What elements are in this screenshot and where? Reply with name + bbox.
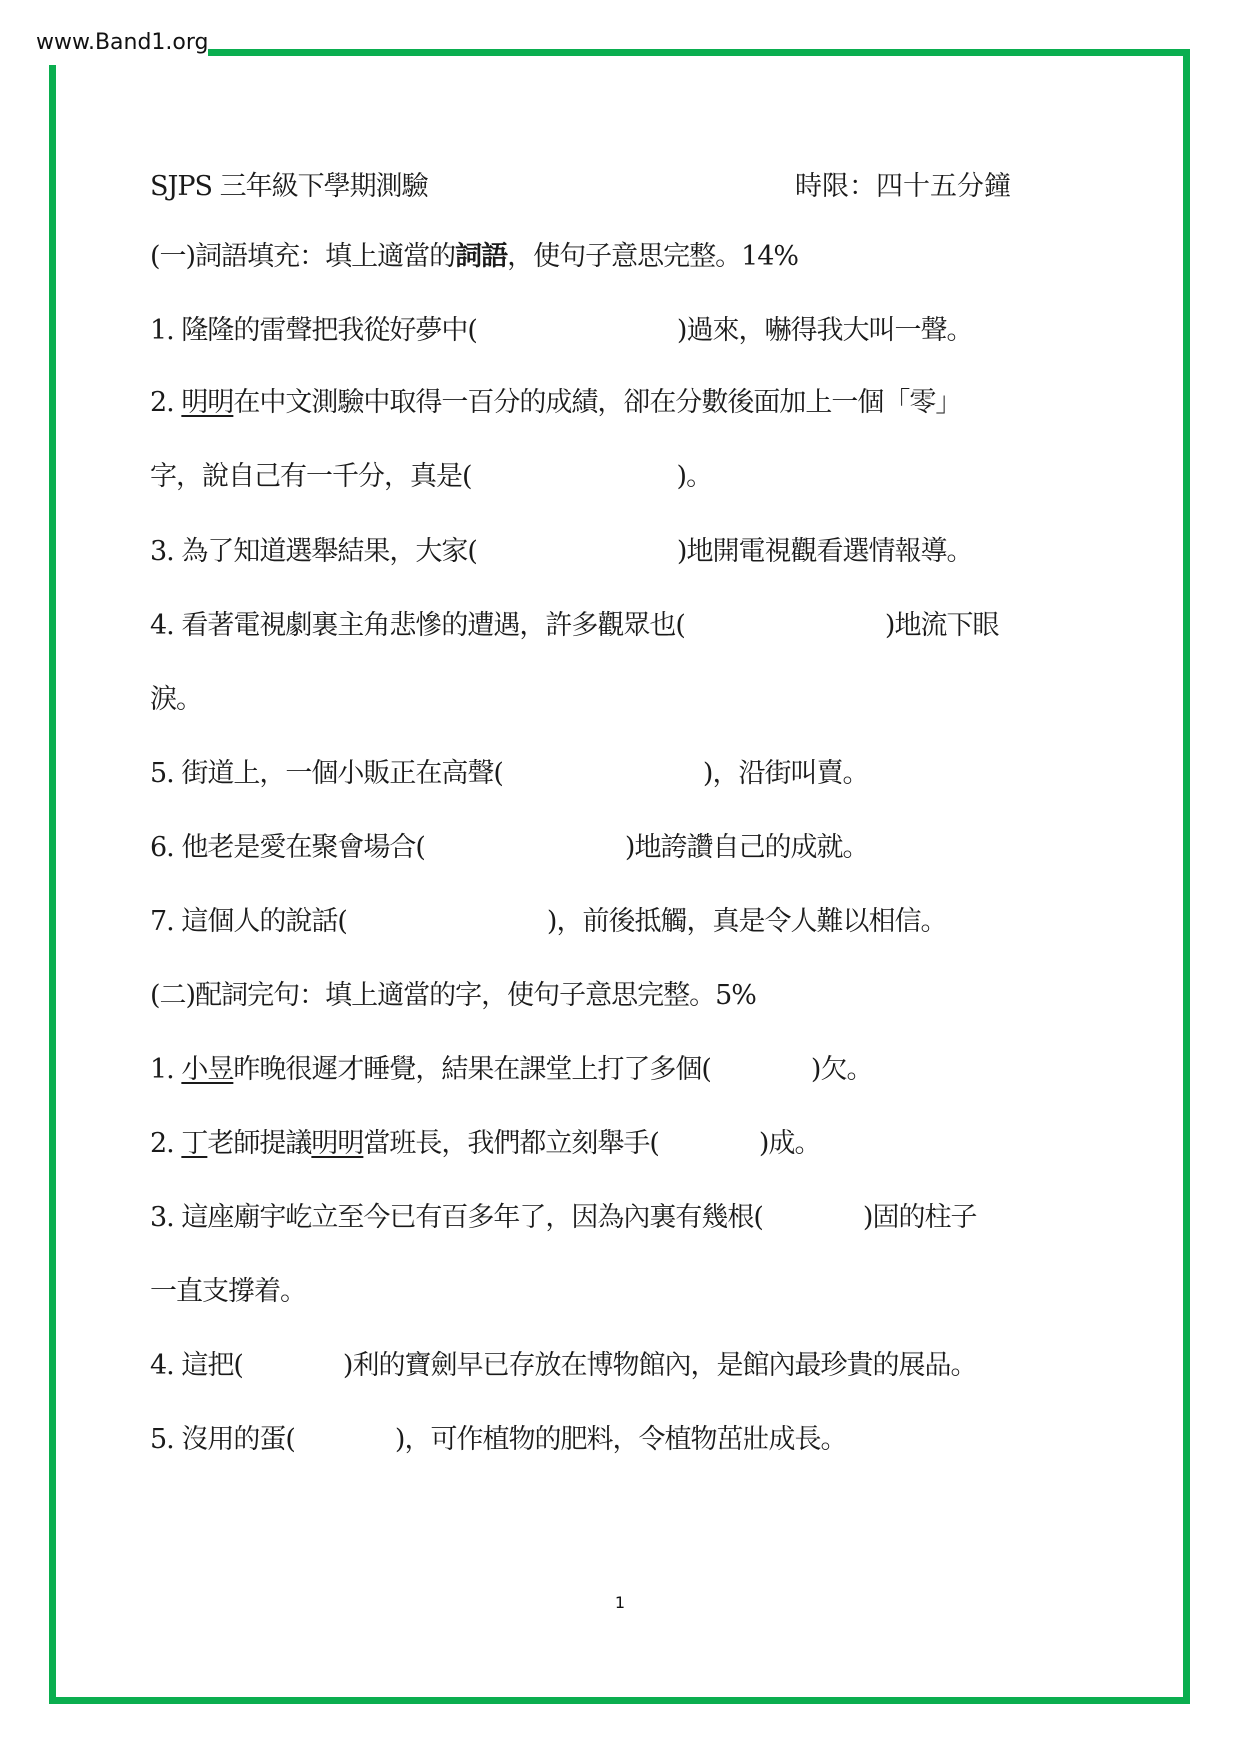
question-text-before: 字，說自己有一千分，真是(	[150, 461, 472, 492]
question-text-after: )欠。	[811, 1054, 873, 1085]
question-text-before: 沒用的蛋(	[181, 1424, 295, 1455]
section2-question-1: 1. 小昱昨晚很遲才睡覺，結果在課堂上打了多個()欠。	[150, 1053, 872, 1087]
question-text-after: )地誇讚自己的成就。	[625, 832, 869, 863]
page-border-bottom	[49, 1697, 1190, 1704]
question-number: 2.	[150, 1128, 174, 1159]
question-text-after: )，前後抵觸，真是令人難以相信。	[547, 906, 947, 937]
proper-noun-underlined: 明明	[181, 387, 233, 418]
section1-question-5: 5. 街道上，一個小販正在高聲()，沿街叫賣。	[150, 757, 868, 791]
exam-title: SJPS 三年級下學期測驗	[150, 170, 428, 204]
proper-noun-underlined: 明明	[311, 1128, 363, 1159]
question-text-before: 這座廟宇屹立至今已有百多年了，因為內裏有幾根(	[181, 1202, 763, 1233]
section2-question-3-continuation: 一直支撐着。	[150, 1275, 306, 1309]
question-number: 5.	[150, 758, 174, 789]
section1-heading-post: ，使句子意思完整。14%	[507, 241, 798, 272]
section1-question-6: 6. 他老是愛在聚會場合()地誇讚自己的成就。	[150, 831, 868, 865]
section2-question-5: 5. 沒用的蛋()，可作植物的肥料，令植物茁壯成長。	[150, 1423, 846, 1457]
proper-noun-underlined: 小昱	[181, 1054, 233, 1085]
question-number: 4.	[150, 1350, 174, 1381]
question-text-after: )地開電視觀看選情報導。	[677, 536, 973, 567]
page-number: 1	[0, 1593, 1240, 1612]
section1-question-7: 7. 這個人的說話()，前後抵觸，真是令人難以相信。	[150, 905, 946, 939]
section1-heading: (一)詞語填充：填上適當的詞語，使句子意思完整。14%	[150, 240, 798, 274]
question-text-before: 街道上，一個小販正在高聲(	[181, 758, 503, 789]
question-number: 6.	[150, 832, 174, 863]
question-number: 3.	[150, 536, 174, 567]
section1-heading-bold: 詞語	[455, 241, 507, 272]
question-text-after: )成。	[759, 1128, 821, 1159]
question-text-after: )固的柱子	[863, 1202, 977, 1233]
question-text-after: )地流下眼	[885, 610, 999, 641]
question-text-after: )利的寶劍早已存放在博物館內，是館內最珍貴的展品。	[343, 1350, 977, 1381]
section2-question-2: 2. 丁老師提議明明當班長，我們都立刻舉手()成。	[150, 1127, 820, 1161]
page-border-left	[49, 65, 56, 1704]
question-text-before: 隆隆的雷聲把我從好夢中(	[181, 315, 477, 346]
section1-question-4: 4. 看著電視劇裏主角悲慘的遭遇，許多觀眾也()地流下眼	[150, 609, 998, 643]
question-text-after: )。	[677, 461, 713, 492]
question-number: 1.	[150, 315, 174, 346]
page-border-right	[1183, 49, 1190, 1704]
question-text-before: 他老是愛在聚會場合(	[181, 832, 425, 863]
question-text-before: 當班長，我們都立刻舉手(	[363, 1128, 659, 1159]
question-number: 2.	[150, 387, 174, 418]
time-limit: 時限：四十五分鐘	[795, 170, 1011, 204]
question-text-before: 這把(	[181, 1350, 243, 1381]
question-number: 3.	[150, 1202, 174, 1233]
question-number: 1.	[150, 1054, 174, 1085]
question-text-after: )過來，嚇得我大叫一聲。	[677, 315, 973, 346]
section1-question-4-continuation: 淚。	[150, 683, 202, 717]
section1-question-3: 3. 為了知道選舉結果，大家()地開電視觀看選情報導。	[150, 535, 972, 569]
question-text: 在中文測驗中取得一百分的成績，卻在分數後面加上一個「零」	[233, 387, 961, 418]
proper-noun-underlined: 丁	[181, 1128, 207, 1159]
question-text-before: 昨晚很遲才睡覺，結果在課堂上打了多個(	[233, 1054, 711, 1085]
section2-question-4: 4. 這把()利的寶劍早已存放在博物館內，是館內最珍貴的展品。	[150, 1349, 976, 1383]
section1-question-2: 2. 明明在中文測驗中取得一百分的成績，卻在分數後面加上一個「零」	[150, 386, 961, 420]
question-number: 7.	[150, 906, 174, 937]
site-watermark: www.Band1.org	[36, 30, 209, 55]
section1-question-2-continuation: 字，說自己有一千分，真是()。	[150, 460, 712, 494]
question-text-after: )，可作植物的肥料，令植物茁壯成長。	[395, 1424, 847, 1455]
page-border-top	[208, 49, 1190, 56]
question-number: 4.	[150, 610, 174, 641]
question-text: 老師提議	[207, 1128, 311, 1159]
question-text-before: 這個人的說話(	[181, 906, 347, 937]
question-number: 5.	[150, 1424, 174, 1455]
question-text-after: )，沿街叫賣。	[703, 758, 869, 789]
question-text-before: 看著電視劇裏主角悲慘的遭遇，許多觀眾也(	[181, 610, 685, 641]
section1-heading-pre: (一)詞語填充：填上適當的	[150, 241, 455, 272]
section2-heading: (二)配詞完句：填上適當的字，使句子意思完整。5%	[150, 979, 756, 1013]
section1-question-1: 1. 隆隆的雷聲把我從好夢中()過來，嚇得我大叫一聲。	[150, 314, 972, 348]
question-text-before: 為了知道選舉結果，大家(	[181, 536, 477, 567]
section2-question-3: 3. 這座廟宇屹立至今已有百多年了，因為內裏有幾根()固的柱子	[150, 1201, 976, 1235]
